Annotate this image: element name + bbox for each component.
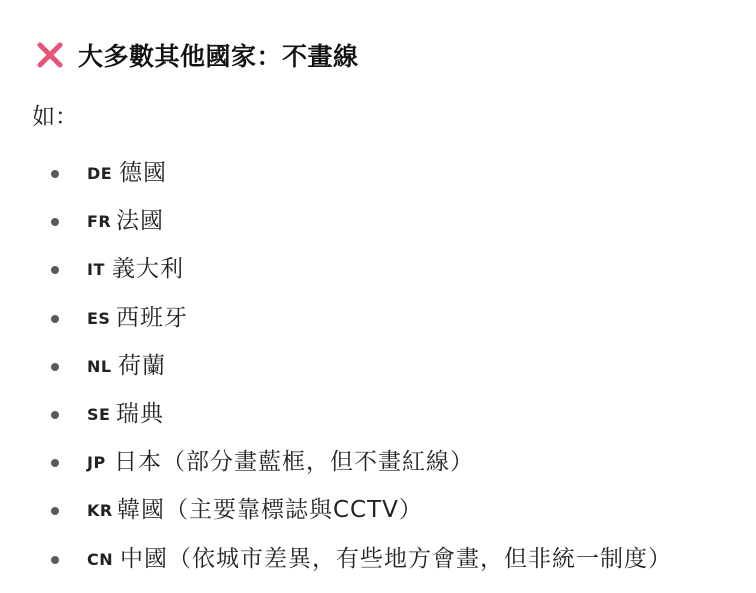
list-item: ES 西班牙 xyxy=(0,302,756,350)
country-name: 中國（依城市差異，有些地方會畫，但非統一制度） xyxy=(120,543,672,575)
country-name: 荷蘭 xyxy=(118,350,166,382)
list-item: FR 法國 xyxy=(0,205,756,253)
country-code: NL xyxy=(87,354,112,380)
bullet-icon xyxy=(51,266,59,274)
list-item: DE 德國 xyxy=(0,157,756,205)
country-name: 義大利 xyxy=(112,253,184,285)
section-heading: 大多數其他國家：不畫線 xyxy=(34,36,359,74)
country-name: 德國 xyxy=(119,157,167,189)
list-item: JP 日本（部分畫藍框，但不畫紅線） xyxy=(0,446,756,494)
bullet-icon xyxy=(51,218,59,226)
list-item: IT 義大利 xyxy=(0,253,756,301)
country-list: DE 德國 FR 法國 IT 義大利 ES 西班牙 NL 荷蘭 SE 瑞典 JP… xyxy=(0,157,756,591)
list-item: KR 韓國（主要靠標誌與CCTV） xyxy=(0,494,756,542)
bullet-icon xyxy=(51,459,59,467)
bullet-icon xyxy=(51,363,59,371)
bullet-icon xyxy=(51,315,59,323)
bullet-icon xyxy=(51,170,59,178)
country-code: SE xyxy=(87,402,110,428)
bullet-icon xyxy=(51,411,59,419)
country-code: DE xyxy=(87,161,112,187)
country-code: CN xyxy=(87,547,113,573)
intro-text: 如： xyxy=(32,102,78,132)
cross-mark-icon xyxy=(34,39,66,71)
heading-text: 大多數其他國家：不畫線 xyxy=(78,37,359,73)
list-item: NL 荷蘭 xyxy=(0,350,756,398)
bullet-icon xyxy=(51,556,59,564)
country-code: KR xyxy=(87,498,113,524)
country-name: 韓國（主要靠標誌與CCTV） xyxy=(117,494,423,526)
country-name: 日本（部分畫藍框，但不畫紅線） xyxy=(114,446,474,478)
country-code: JP xyxy=(87,450,106,476)
country-code: ES xyxy=(87,306,110,332)
country-name: 西班牙 xyxy=(116,302,188,334)
list-item: CN 中國（依城市差異，有些地方會畫，但非統一制度） xyxy=(0,543,756,591)
bullet-icon xyxy=(51,507,59,515)
list-item: SE 瑞典 xyxy=(0,398,756,446)
country-code: IT xyxy=(87,257,105,283)
country-code: FR xyxy=(87,209,111,235)
country-name: 法國 xyxy=(116,205,164,237)
country-name: 瑞典 xyxy=(116,398,164,430)
